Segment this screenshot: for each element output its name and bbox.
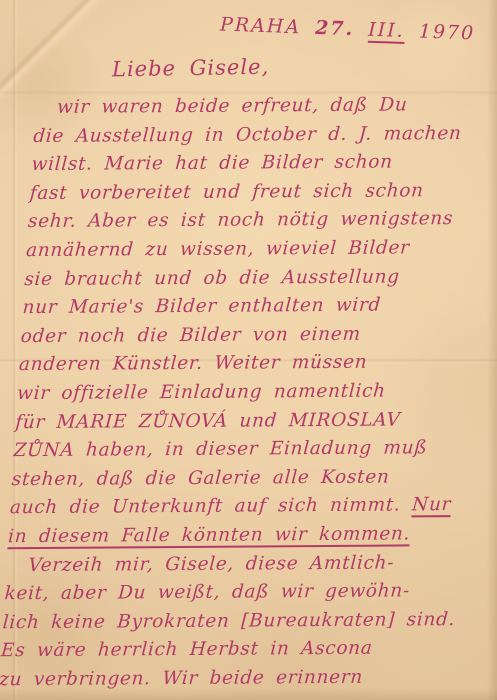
letter-line: wir waren beide erfreut, daß Du [34, 91, 486, 123]
letter-body: wir waren beide erfreut, daß Dudie Ausst… [0, 91, 486, 695]
letter-line: ZŮNA haben, in dieser Einladung muß [13, 434, 465, 466]
letter-line: fast vorbereitet und freut sich schon [29, 177, 481, 209]
dateline-year: 1970 [418, 20, 475, 44]
letter-line: zu verbringen. Wir beide erinnern [0, 663, 450, 695]
letter-line: Es wäre herrlich Herbst in Ascona [0, 634, 452, 666]
letter-line: stehen, daß die Galerie alle Kosten [11, 463, 463, 495]
letter-paper: PRAHA 27. III. 1970 Liebe Gisele, wir wa… [0, 0, 497, 700]
dateline: PRAHA 27. III. 1970 [219, 14, 475, 45]
salutation: Liebe Gisele, [112, 55, 270, 82]
letter-line: willst. Marie hat die Bilder schon [31, 148, 483, 180]
letter-line: sie braucht und ob die Ausstellung [23, 263, 475, 295]
letter-line: in diesem Falle könnten wir kommen. [7, 520, 459, 552]
letter-line: auch die Unterkunft auf sich nimmt. Nur [9, 491, 461, 523]
letter-line: für MARIE ZŮNOVÁ und MIROSLAV [14, 406, 466, 438]
letter-line: oder noch die Bilder von einem [20, 320, 472, 352]
letter-line: die Ausstellung in October d. J. machen [32, 119, 484, 151]
dateline-city: PRAHA [219, 14, 301, 39]
dateline-month: III. [368, 19, 405, 42]
dateline-day: 27. [315, 17, 355, 40]
letter-line: sehr. Aber es ist noch nötig wenigstens [27, 205, 479, 237]
paper-edge-shadow-right [487, 0, 497, 700]
letter-line: anderen Künstler. Weiter müssen [18, 348, 470, 380]
letter-line: keit, aber Du weißt, daß wir gewöhn- [4, 577, 456, 609]
letter-line: Verzeih mir, Gisele, diese Amtlich- [5, 549, 457, 581]
letter-line: lich keine Byrokraten [Bureaukraten] sin… [2, 606, 454, 638]
letter-line: annähernd zu wissen, wieviel Bilder [25, 234, 477, 266]
letter-line: wir offizielle Einladung namentlich [16, 377, 468, 409]
letter-line: nur Marie's Bilder enthalten wird [22, 291, 474, 323]
